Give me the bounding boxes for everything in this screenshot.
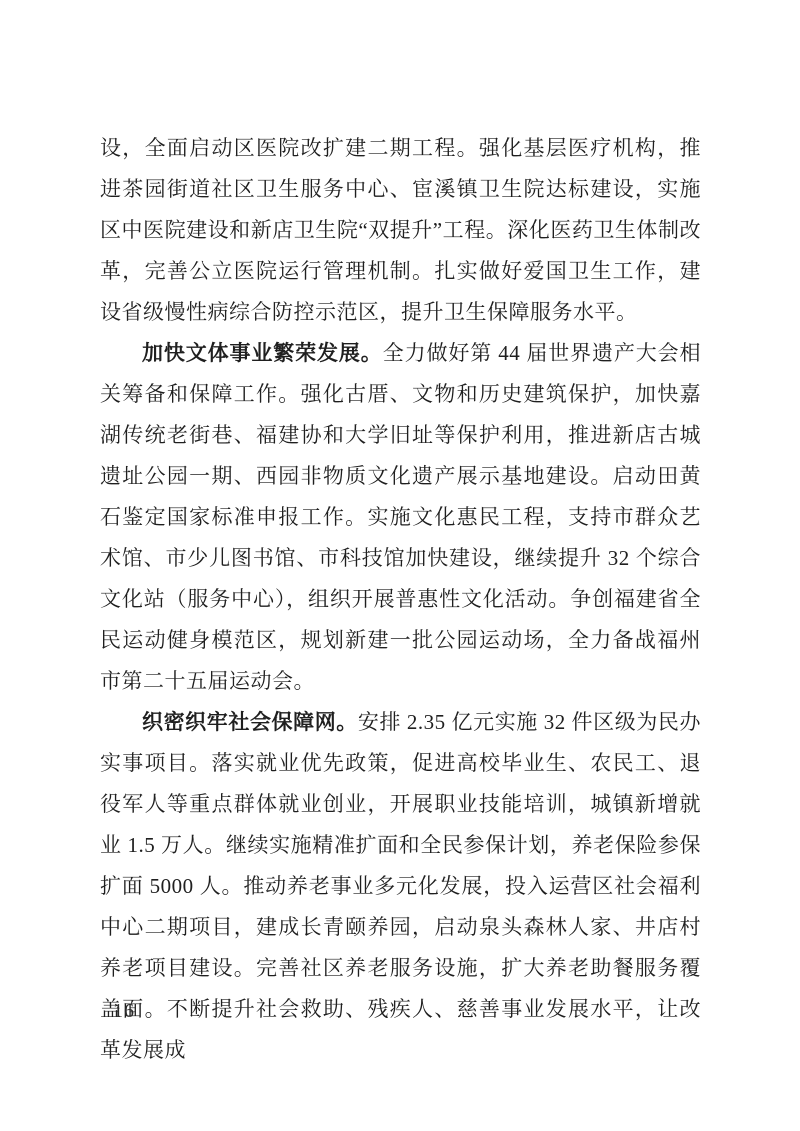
- paragraph-lead: 织密织牢社会保障网。: [142, 710, 358, 734]
- paragraph-text: 安排 2.35 亿元实施 32 件区级为民办实事项目。落实就业优先政策，促进高校…: [100, 710, 701, 1062]
- paragraph-health-continuation: 设，全面启动区医院改扩建二期工程。强化基层医疗机构，推进茶园街道社区卫生服务中心…: [100, 128, 701, 333]
- document-body: 设，全面启动区医院改扩建二期工程。强化基层医疗机构，推进茶园街道社区卫生服务中心…: [100, 128, 701, 1071]
- paragraph-text: 全力做好第 44 届世界遗产大会相关筹备和保障工作。强化古厝、文物和历史建筑保护…: [100, 341, 701, 693]
- page-number: 16: [113, 997, 135, 1025]
- paragraph-social-security: 织密织牢社会保障网。安排 2.35 亿元实施 32 件区级为民办实事项目。落实就…: [100, 702, 701, 1071]
- paragraph-culture-sports: 加快文体事业繁荣发展。全力做好第 44 届世界遗产大会相关筹备和保障工作。强化古…: [100, 333, 701, 702]
- paragraph-lead: 加快文体事业繁荣发展。: [142, 341, 383, 365]
- paragraph-text: 设，全面启动区医院改扩建二期工程。强化基层医疗机构，推进茶园街道社区卫生服务中心…: [100, 136, 701, 324]
- document-page: 设，全面启动区医院改扩建二期工程。强化基层医疗机构，推进茶园街道社区卫生服务中心…: [0, 0, 800, 1131]
